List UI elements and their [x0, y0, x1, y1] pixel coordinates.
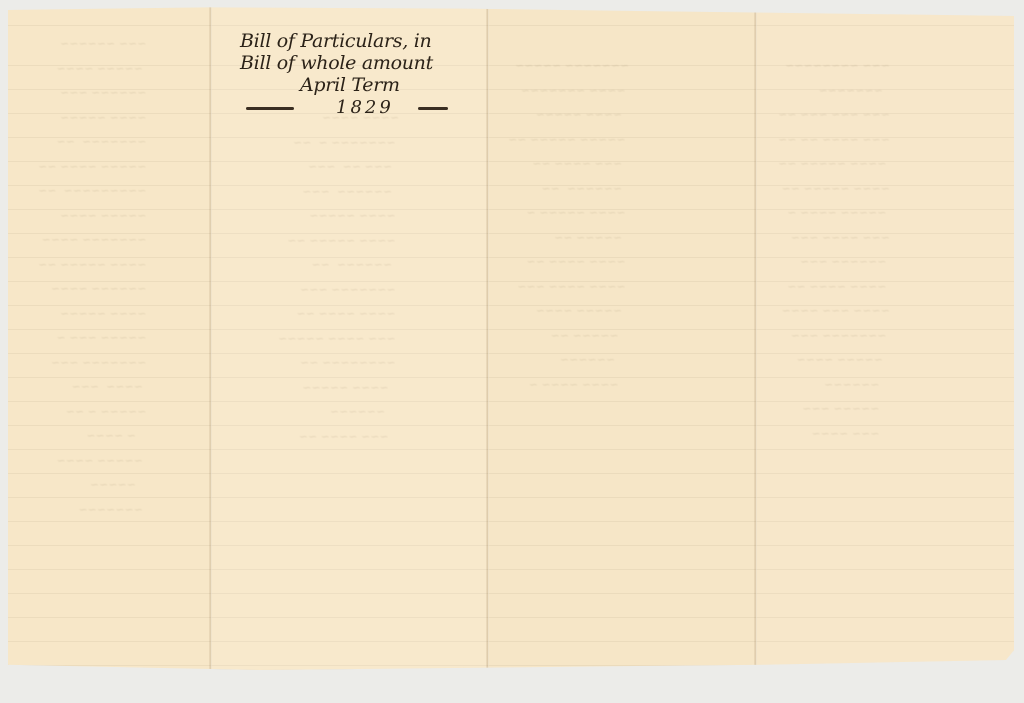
- year-row: 1829: [246, 97, 490, 119]
- flourish-dash: [418, 107, 448, 110]
- bleed-through-text: ~~~ ~~~~~~~~ ~~~~~~~ ~~~ ~~~ ~~~ ~~ ~~~ …: [778, 54, 890, 446]
- fold-line: [754, 6, 757, 670]
- bleed-through-text: ~~~~~~~ ~~~~~ ~~~~ ~~~~~~~ ~~~~ ~~~~~ ~~…: [508, 54, 629, 397]
- docket-title: Bill of Particulars, in Bill of whole am…: [230, 30, 490, 119]
- title-line-2: Bill of whole amount: [240, 52, 490, 74]
- fold-line: [209, 6, 212, 670]
- title-line-term: April Term: [300, 74, 490, 96]
- title-year: 1829: [336, 97, 394, 119]
- title-line-1: Bill of Particulars, in: [240, 30, 490, 52]
- document-sheet: ~~~ ~~~~~~ ~~~~~ ~~~~ ~~~~~~ ~~~ ~~~~ ~~…: [8, 6, 1014, 670]
- bleed-through-text: ~~~~ ~~~~ ~~~~~~~ ~ ~~ ~~~ ~~ ~~~ ~~~~~~…: [278, 106, 399, 449]
- flourish-dash: [246, 107, 294, 110]
- bleed-through-text: ~~~ ~~~~~~ ~~~~~ ~~~~ ~~~~~~ ~~~ ~~~~ ~~…: [38, 32, 146, 522]
